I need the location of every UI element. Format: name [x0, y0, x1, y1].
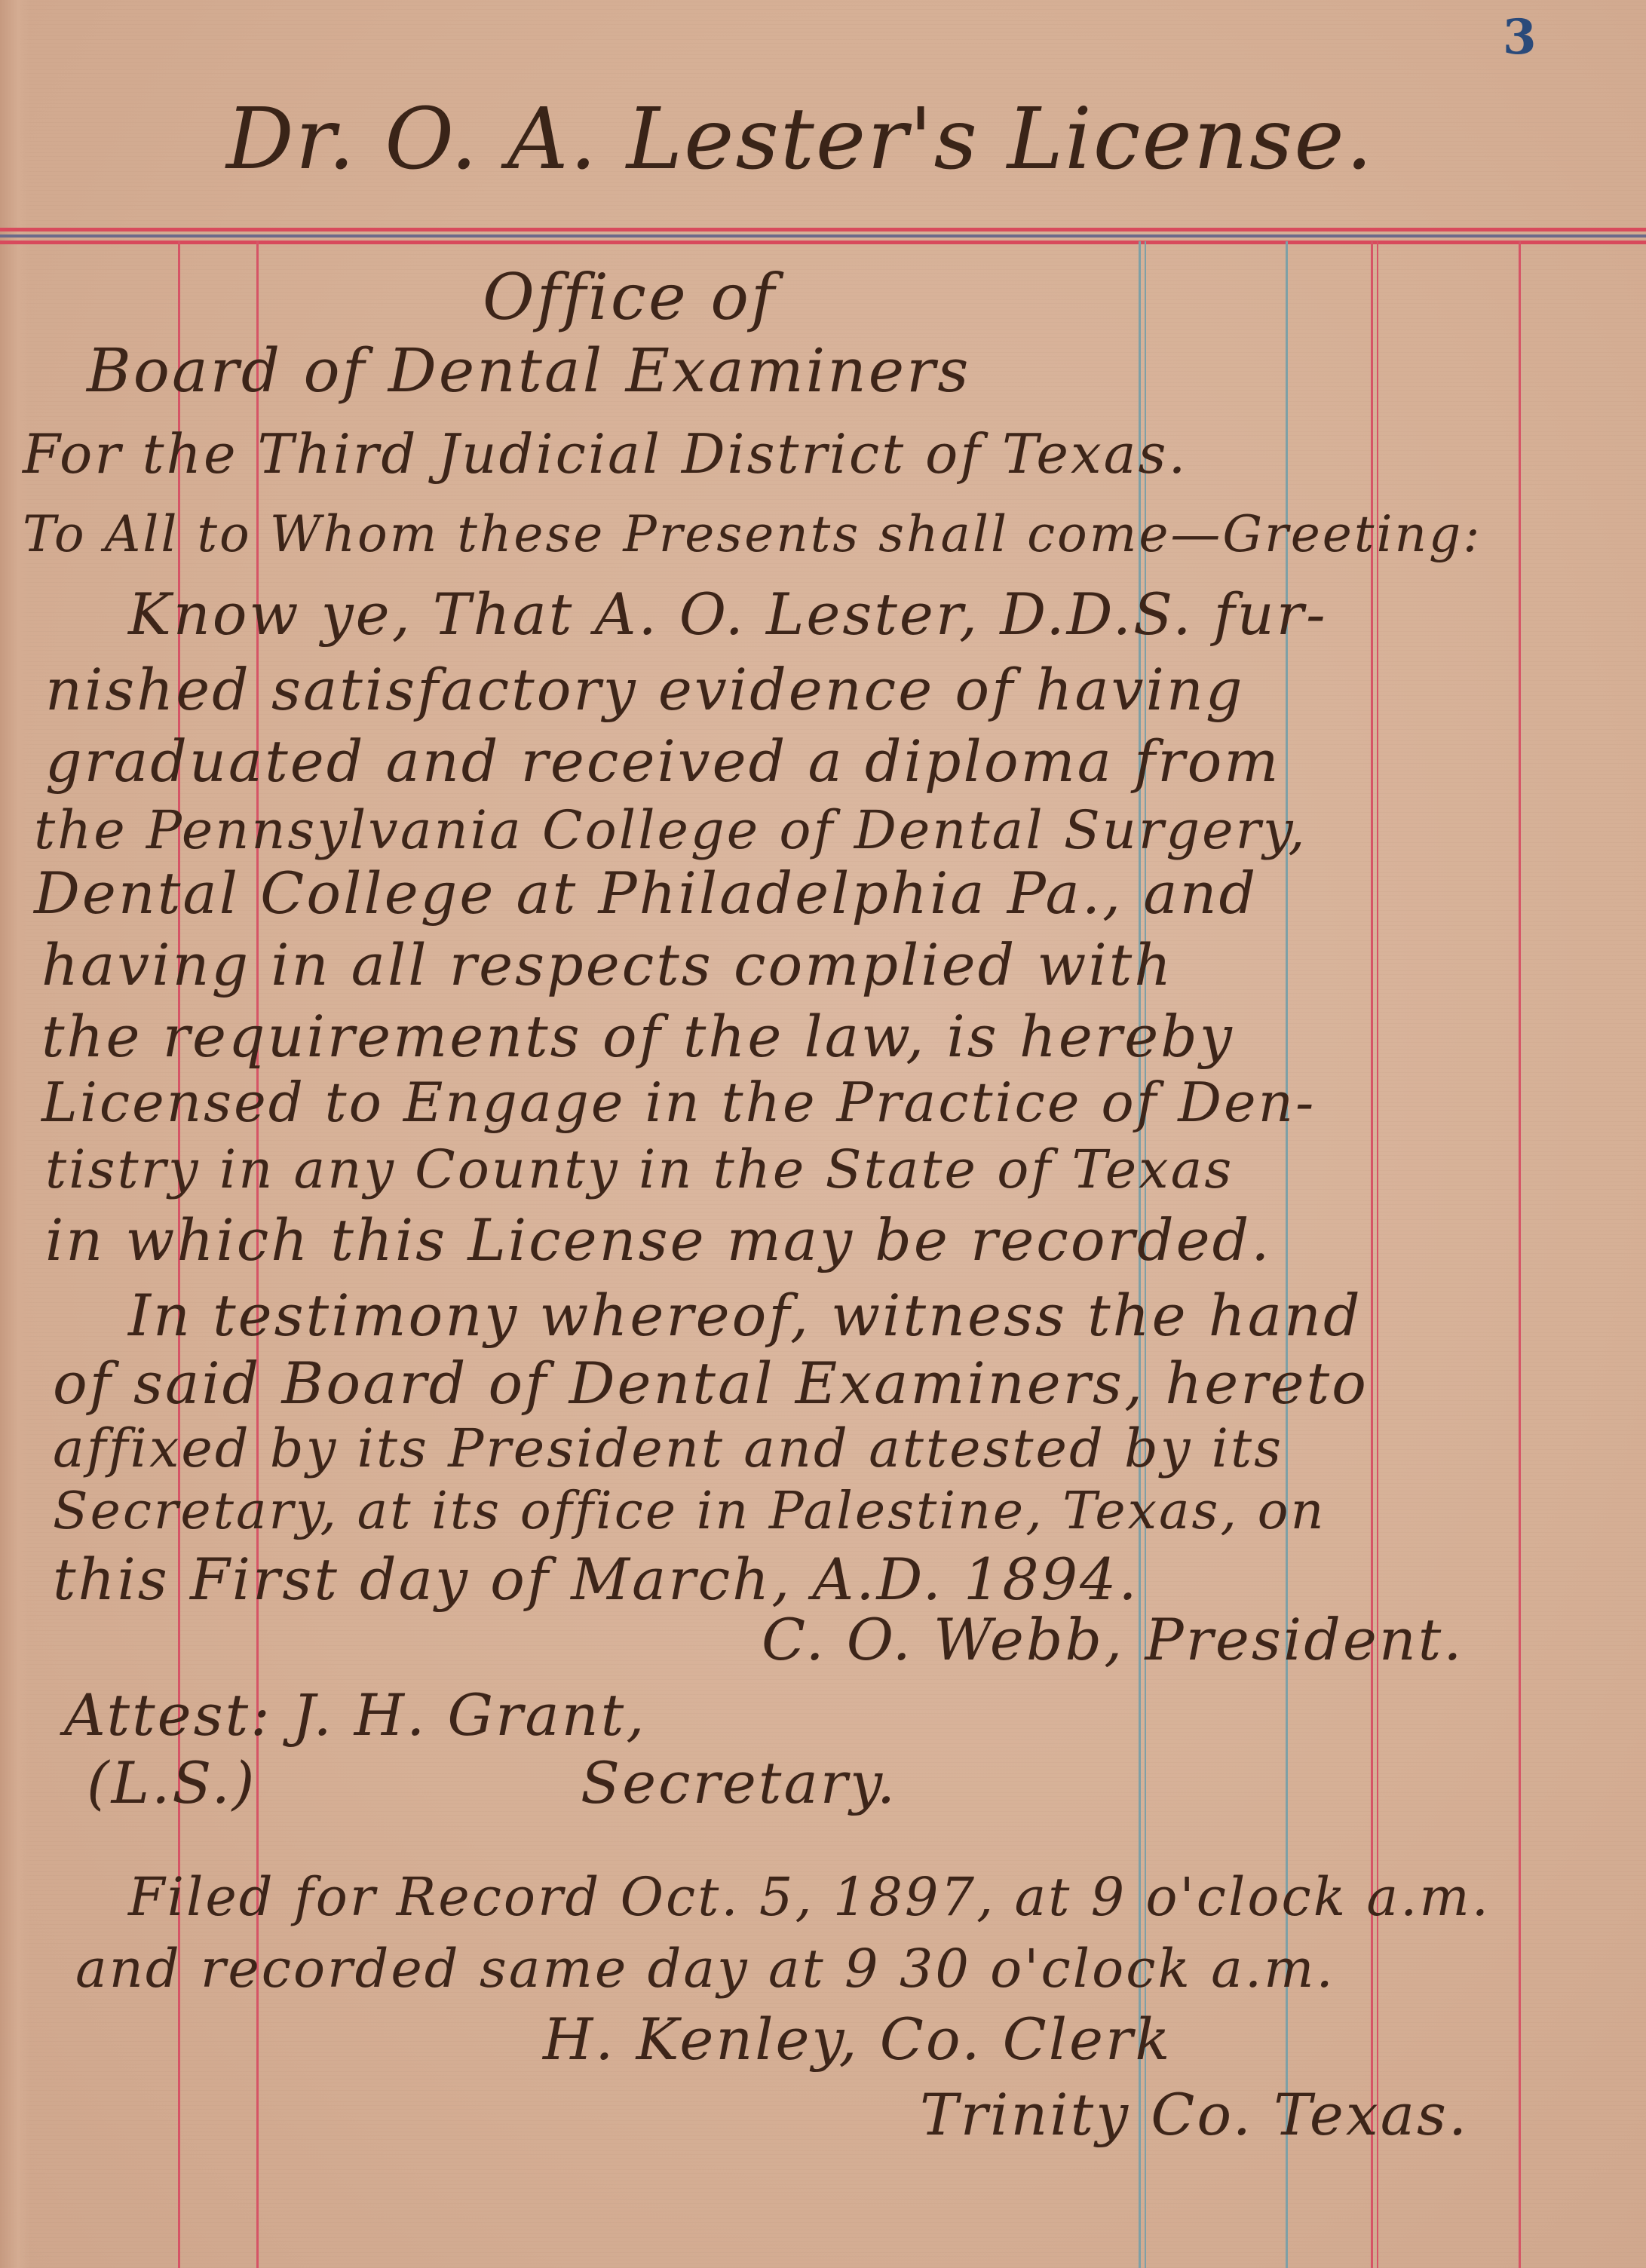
body-line: nished satisfactory evidence of having: [45, 656, 1245, 723]
page-number: 3: [1503, 9, 1537, 66]
secretary-title: Secretary.: [581, 1749, 897, 1816]
heading-office-of: Office of: [483, 260, 777, 334]
heading-board: Board of Dental Examiners: [87, 336, 970, 406]
heading-district: For the Third Judicial District of Texas…: [23, 422, 1188, 486]
header-rule-red-bottom: [0, 241, 1646, 244]
body-line: of said Board of Dental Examiners, heret…: [53, 1350, 1369, 1417]
body-line: In testimony whereof, witness the hand: [128, 1282, 1362, 1349]
document-title: Dr. O. A. Lester's License.: [226, 90, 1433, 188]
president-signature: C. O. Webb, President.: [762, 1606, 1464, 1673]
body-line: graduated and received a diploma from: [45, 728, 1280, 795]
body-line: this First day of March, A.D. 1894.: [53, 1546, 1139, 1613]
binding-edge: [0, 0, 30, 2268]
body-line: Secretary, at its office in Palestine, T…: [53, 1482, 1326, 1541]
body-line: tistry in any County in the State of Tex…: [45, 1139, 1234, 1200]
body-line: Dental College at Philadelphia Pa., and: [34, 860, 1258, 927]
body-line: Licensed to Engage in the Practice of De…: [41, 1071, 1316, 1134]
clerk-signature: H. Kenley, Co. Clerk: [543, 2006, 1172, 2073]
seal-mark: (L.S.): [87, 1749, 256, 1816]
attest-line: Attest: J. H. Grant,: [64, 1681, 646, 1749]
column-rule-red-3: [1519, 241, 1521, 2268]
ledger-page: 3 Dr. O. A. Lester's License. Office of …: [0, 0, 1646, 2268]
body-line: the Pennsylvania College of Dental Surge…: [34, 799, 1307, 861]
header-rule-blue: [0, 234, 1646, 238]
body-line: Know ye, That A. O. Lester, D.D.S. fur-: [128, 581, 1328, 648]
body-line: the requirements of the law, is hereby: [41, 1003, 1234, 1070]
filing-line-2: and recorded same day at 9 30 o'clock a.…: [75, 1938, 1335, 2000]
filing-line-1: Filed for Record Oct. 5, 1897, at 9 o'cl…: [128, 1866, 1491, 1928]
header-rule-red-top: [0, 228, 1646, 231]
body-line: having in all respects complied with: [41, 931, 1173, 998]
body-line: affixed by its President and attested by…: [53, 1417, 1283, 1479]
clerk-county: Trinity Co. Texas.: [920, 2081, 1469, 2148]
body-line: in which this License may be recorded.: [45, 1206, 1271, 1273]
heading-greeting: To All to Whom these Presents shall come…: [23, 505, 1482, 563]
